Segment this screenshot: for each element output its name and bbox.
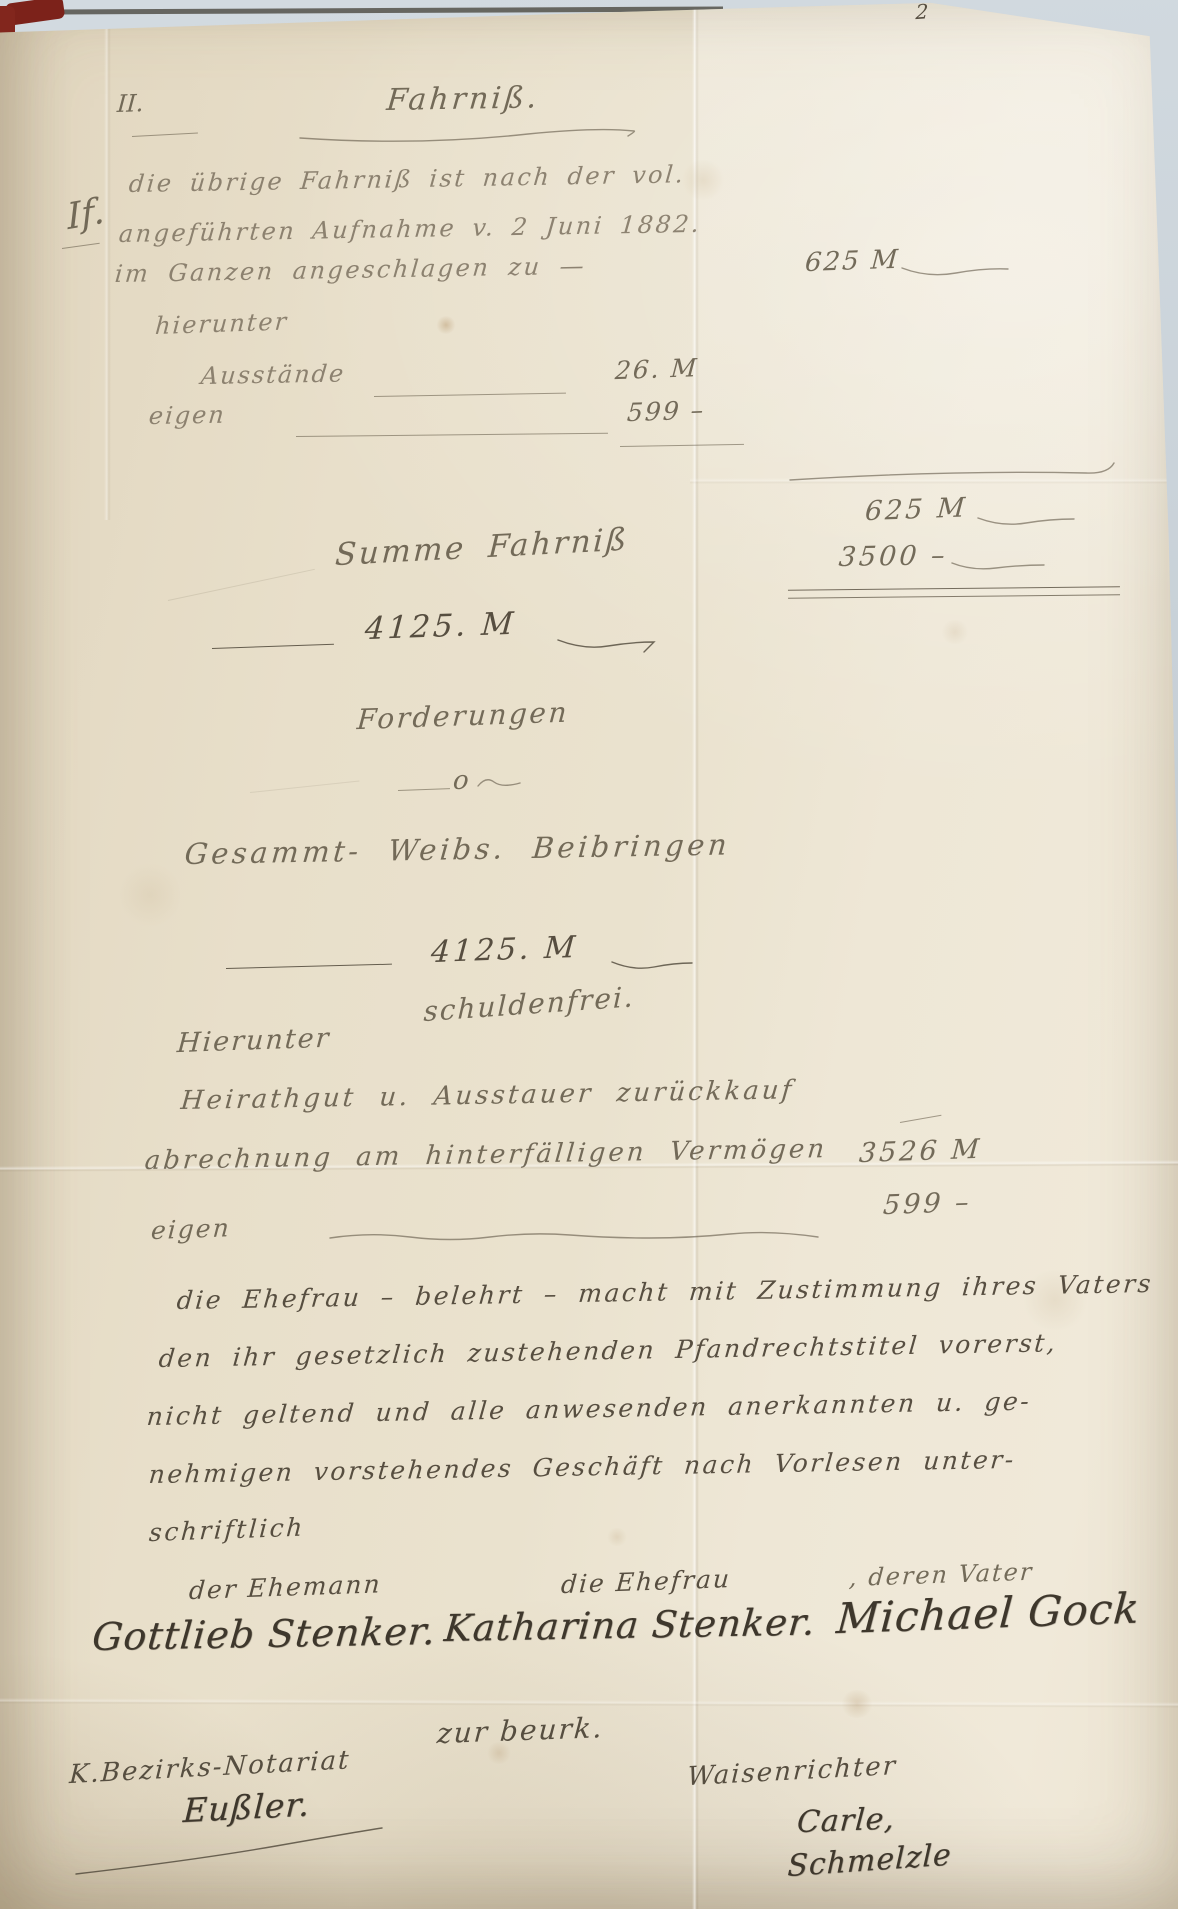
- husband-label: der Ehemann: [188, 1571, 382, 1603]
- margin-mark: If.: [66, 193, 106, 236]
- value-tail: [558, 634, 654, 654]
- value-tail: [952, 558, 1048, 574]
- intro-line-4: hierunter: [154, 309, 289, 338]
- deduction-value: 26. M: [614, 355, 699, 383]
- value-tail: [902, 262, 1012, 280]
- value-tail: [978, 512, 1078, 530]
- carry-value-1: 625 M: [864, 494, 969, 525]
- father-label: , deren Vater: [848, 1560, 1034, 1591]
- father-signature: Michael Gock: [835, 1587, 1141, 1640]
- judge-signature-1: Carle,: [796, 1805, 896, 1839]
- sum-value: 4125. M: [364, 609, 517, 645]
- page-title: Fahrniß.: [385, 83, 540, 116]
- separator-hook: [478, 776, 522, 792]
- paper-stain: [606, 1528, 628, 1546]
- paper-stain: [436, 316, 456, 334]
- deduction-label: Ausstände: [200, 361, 346, 388]
- detail-label: eigen: [150, 1215, 231, 1243]
- intro-line-3-value: 625 M: [804, 247, 900, 276]
- separator-o: o: [452, 767, 469, 794]
- husband-signature: Gottlieb Stenker.: [91, 1612, 438, 1656]
- section-numeral: II.: [116, 91, 144, 116]
- flourish-under-title: [298, 118, 638, 146]
- detail-value-1: 3526 M: [858, 1136, 983, 1167]
- total-value: 4125. M: [430, 933, 579, 968]
- paper-crease: [104, 0, 111, 520]
- wife-label: die Ehefrau: [560, 1566, 732, 1597]
- paper-stain: [940, 620, 970, 644]
- rule-carry-top: [790, 462, 1120, 486]
- document-photo: 2 II. Fahrniß. If. die übrige Fahrniß is…: [0, 0, 1178, 1909]
- paper-stain: [680, 160, 726, 200]
- deduction-value: 599 –: [626, 397, 706, 425]
- claims-heading: Forderungen: [356, 699, 570, 734]
- deduction-label: eigen: [148, 403, 227, 428]
- hierunter-label: Hierunter: [176, 1025, 331, 1057]
- paper-stain: [840, 1690, 874, 1718]
- paper-stain: [120, 860, 180, 930]
- detail-value-2: 599 –: [882, 1189, 972, 1219]
- wavy-rule-eigen: [330, 1228, 820, 1246]
- flourish-under-notar-signature: [76, 1822, 386, 1878]
- certification-note: zur beurk.: [436, 1714, 605, 1748]
- wife-signature: Katharina Stenker.: [443, 1604, 817, 1648]
- value-tail: [612, 956, 692, 974]
- declaration-line-5: schriftlich: [148, 1515, 305, 1546]
- paper-crease: [0, 1698, 1178, 1708]
- carry-value-2: 3500 –: [838, 542, 949, 571]
- page-number: 2: [915, 1, 928, 22]
